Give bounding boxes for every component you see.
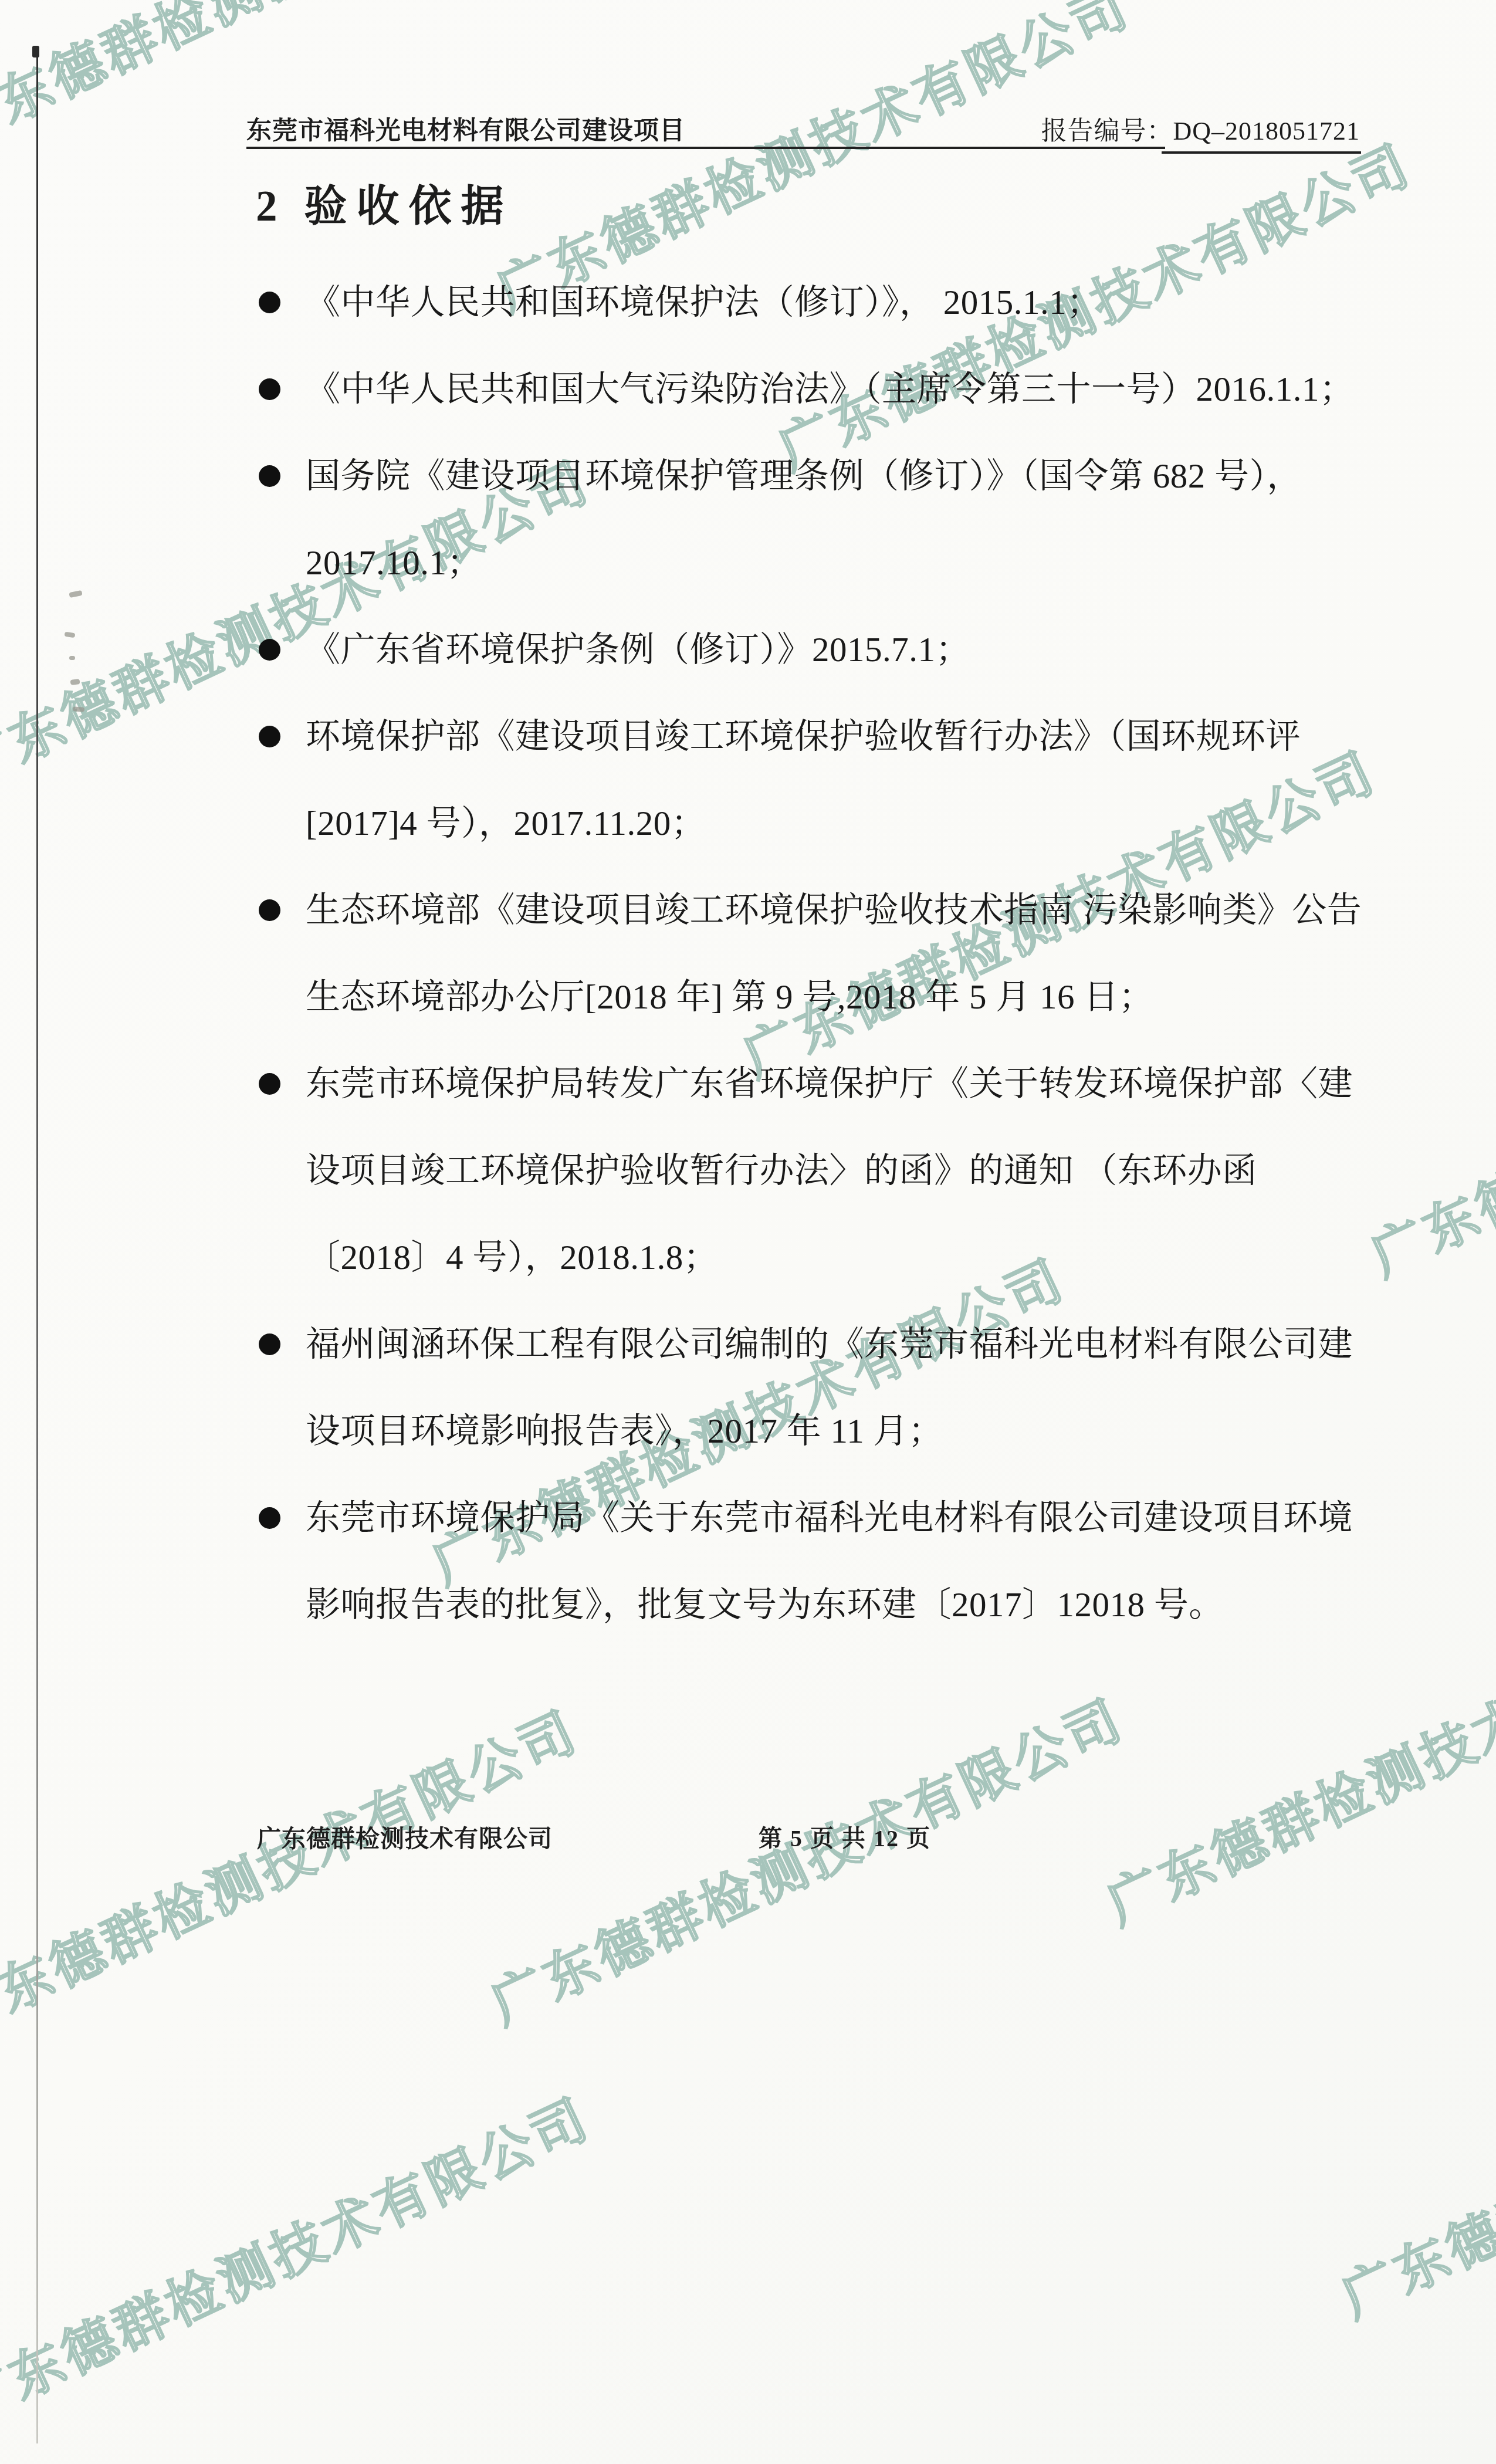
bullet-line: 东莞市环境保护局转发广东省环境保护厅《关于转发环境保护部〈建 — [306, 1040, 1362, 1127]
bullet-text: 福州闽涵环保工程有限公司编制的《东莞市福科光电材料有限公司建 — [306, 1325, 1353, 1363]
list-item: 生态环境部《建设项目竣工环境保护验收技术指南 污染影响类》公告 生态环境部办公厅… — [306, 867, 1362, 1040]
section-title: 2验收依据 — [256, 177, 513, 236]
list-item: 《中华人民共和国环境保护法（修订）》， 2015.1.1； — [306, 259, 1362, 346]
scan-smudge — [70, 679, 80, 685]
bullet-dot — [259, 899, 280, 921]
watermark-text: 广东德群检测技术有限公司 — [1327, 1971, 1496, 2333]
list-item: 国务院《建设项目环境保护管理条例（修订）》（国令第 682 号）， 2017.1… — [306, 432, 1362, 606]
scan-edge-mark — [32, 46, 39, 57]
bullet-line: 国务院《建设项目环境保护管理条例（修订）》（国令第 682 号）， — [306, 432, 1362, 519]
reference-list: 《中华人民共和国环境保护法（修订）》， 2015.1.1； 《中华人民共和国大气… — [306, 259, 1362, 1648]
watermark-text: 广东德群检测技术有限公司 — [476, 1677, 1135, 2039]
watermark-text: 广东德群检测技术有限公司 — [1356, 929, 1496, 1291]
bullet-text: 东莞市环境保护局《关于东莞市福科光电材料有限公司建设项目环境 — [306, 1498, 1353, 1537]
bullet-dot — [259, 1507, 280, 1529]
bullet-line: 〔2018〕4 号），2018.1.8； — [306, 1214, 1362, 1301]
bullet-dot — [259, 378, 280, 400]
bullet-dot — [259, 292, 280, 313]
page-header: 东莞市福科光电材料有限公司建设项目 报告编号：DQ–2018051721 — [246, 113, 1360, 150]
bullet-dot — [259, 1333, 280, 1355]
list-item: 《中华人民共和国大气污染防治法》（主席令第三十一号）2016.1.1； — [306, 346, 1362, 432]
bullet-text: 设项目环境影响报告表》，2017 年 11 月； — [306, 1412, 943, 1450]
footer-company-name: 广东德群检测技术有限公司 — [257, 1821, 553, 1856]
scan-smudge — [69, 656, 75, 660]
bullet-line: 影响报告表的批复》，批复文号为东环建〔2017〕12018 号。 — [306, 1561, 1362, 1648]
scan-edge-line — [36, 50, 38, 2443]
list-item: 东莞市环境保护局《关于东莞市福科光电材料有限公司建设项目环境 影响报告表的批复》… — [306, 1474, 1362, 1648]
section-number: 2 — [256, 182, 277, 230]
bullet-dot — [259, 1073, 280, 1095]
document-page: 广东德群检测技术有限公司 广东德群检测技术有限公司 广东德群检测技术有限公司 广… — [0, 0, 1496, 2464]
bullet-line: 设项目环境影响报告表》，2017 年 11 月； — [306, 1387, 1362, 1474]
bullet-line: 环境保护部《建设项目竣工环境保护验收暂行办法》（国环规环评 — [306, 693, 1362, 780]
bullet-text: 〔2018〕4 号），2018.1.8； — [306, 1238, 718, 1277]
header-project-title: 东莞市福科光电材料有限公司建设项目 — [246, 113, 685, 150]
header-rule-right — [1162, 151, 1361, 154]
list-item: 《广东省环境保护条例（修订）》2015.7.1； — [306, 606, 1362, 693]
section-label: 验收依据 — [304, 182, 513, 230]
bullet-dot — [259, 639, 280, 661]
list-item: 环境保护部《建设项目竣工环境保护验收暂行办法》（国环规环评 [2017]4 号）… — [306, 693, 1362, 867]
scan-smudge — [73, 706, 85, 712]
scan-smudge — [69, 590, 82, 598]
bullet-text: 国务院《建设项目环境保护管理条例（修订）》（国令第 682 号）， — [306, 456, 1302, 495]
bullet-line: 《广东省环境保护条例（修订）》2015.7.1； — [306, 606, 1362, 693]
bullet-line: 福州闽涵环保工程有限公司编制的《东莞市福科光电材料有限公司建 — [306, 1301, 1362, 1387]
bullet-text: 东莞市环境保护局转发广东省环境保护厅《关于转发环境保护部〈建 — [306, 1064, 1353, 1103]
bullet-dot — [259, 726, 280, 747]
bullet-text: 生态环境部《建设项目竣工环境保护验收技术指南 污染影响类》公告 — [306, 891, 1362, 929]
bullet-text: 生态环境部办公厅[2018 年] 第 9 号,2018 年 5 月 16 日； — [306, 977, 1153, 1016]
bullet-text: 《中华人民共和国环境保护法（修订）》， 2015.1.1； — [306, 283, 1102, 321]
bullet-line: 设项目竣工环境保护验收暂行办法〉的函》的通知 （东环办函 — [306, 1127, 1362, 1214]
header-rule — [246, 147, 1165, 149]
scan-smudge — [65, 632, 76, 638]
bullet-line: [2017]4 号），2017.11.20； — [306, 780, 1362, 867]
list-item: 福州闽涵环保工程有限公司编制的《东莞市福科光电材料有限公司建 设项目环境影响报告… — [306, 1301, 1362, 1474]
list-item: 东莞市环境保护局转发广东省环境保护厅《关于转发环境保护部〈建 设项目竣工环境保护… — [306, 1040, 1362, 1301]
bullet-line: 生态环境部《建设项目竣工环境保护验收技术指南 污染影响类》公告 — [306, 867, 1362, 953]
bullet-line: 2017.10.1； — [306, 519, 1362, 606]
bullet-text: 《中华人民共和国大气污染防治法》（主席令第三十一号）2016.1.1； — [306, 370, 1355, 408]
bullet-text: 《广东省环境保护条例（修订）》2015.7.1； — [306, 630, 970, 669]
bullet-text: 环境保护部《建设项目竣工环境保护验收暂行办法》（国环规环评 — [306, 717, 1301, 756]
header-report-number: 报告编号：DQ–2018051721 — [1041, 113, 1360, 150]
bullet-line: 《中华人民共和国环境保护法（修订）》， 2015.1.1； — [306, 259, 1362, 346]
watermark-text: 广东德群检测技术有限公司 — [0, 2076, 601, 2438]
page-footer: 广东德群检测技术有限公司 第 5 页 共 12 页 — [0, 1821, 1496, 1856]
bullet-text: 影响报告表的批复》，批复文号为东环建〔2017〕12018 号。 — [306, 1585, 1224, 1624]
bullet-line: 东莞市环境保护局《关于东莞市福科光电材料有限公司建设项目环境 — [306, 1474, 1362, 1561]
watermark-text: 广东德群检测技术有限公司 — [0, 1689, 589, 2051]
bullet-text: 2017.10.1； — [306, 543, 482, 582]
bullet-line: 《中华人民共和国大气污染防治法》（主席令第三十一号）2016.1.1； — [306, 346, 1362, 432]
bullet-dot — [259, 465, 280, 487]
bullet-text: [2017]4 号），2017.11.20； — [306, 804, 706, 842]
bullet-text: 设项目竣工环境保护验收暂行办法〉的函》的通知 （东环办函 — [306, 1151, 1257, 1190]
bullet-line: 生态环境部办公厅[2018 年] 第 9 号,2018 年 5 月 16 日； — [306, 953, 1362, 1040]
footer-page-number: 第 5 页 共 12 页 — [759, 1821, 931, 1856]
